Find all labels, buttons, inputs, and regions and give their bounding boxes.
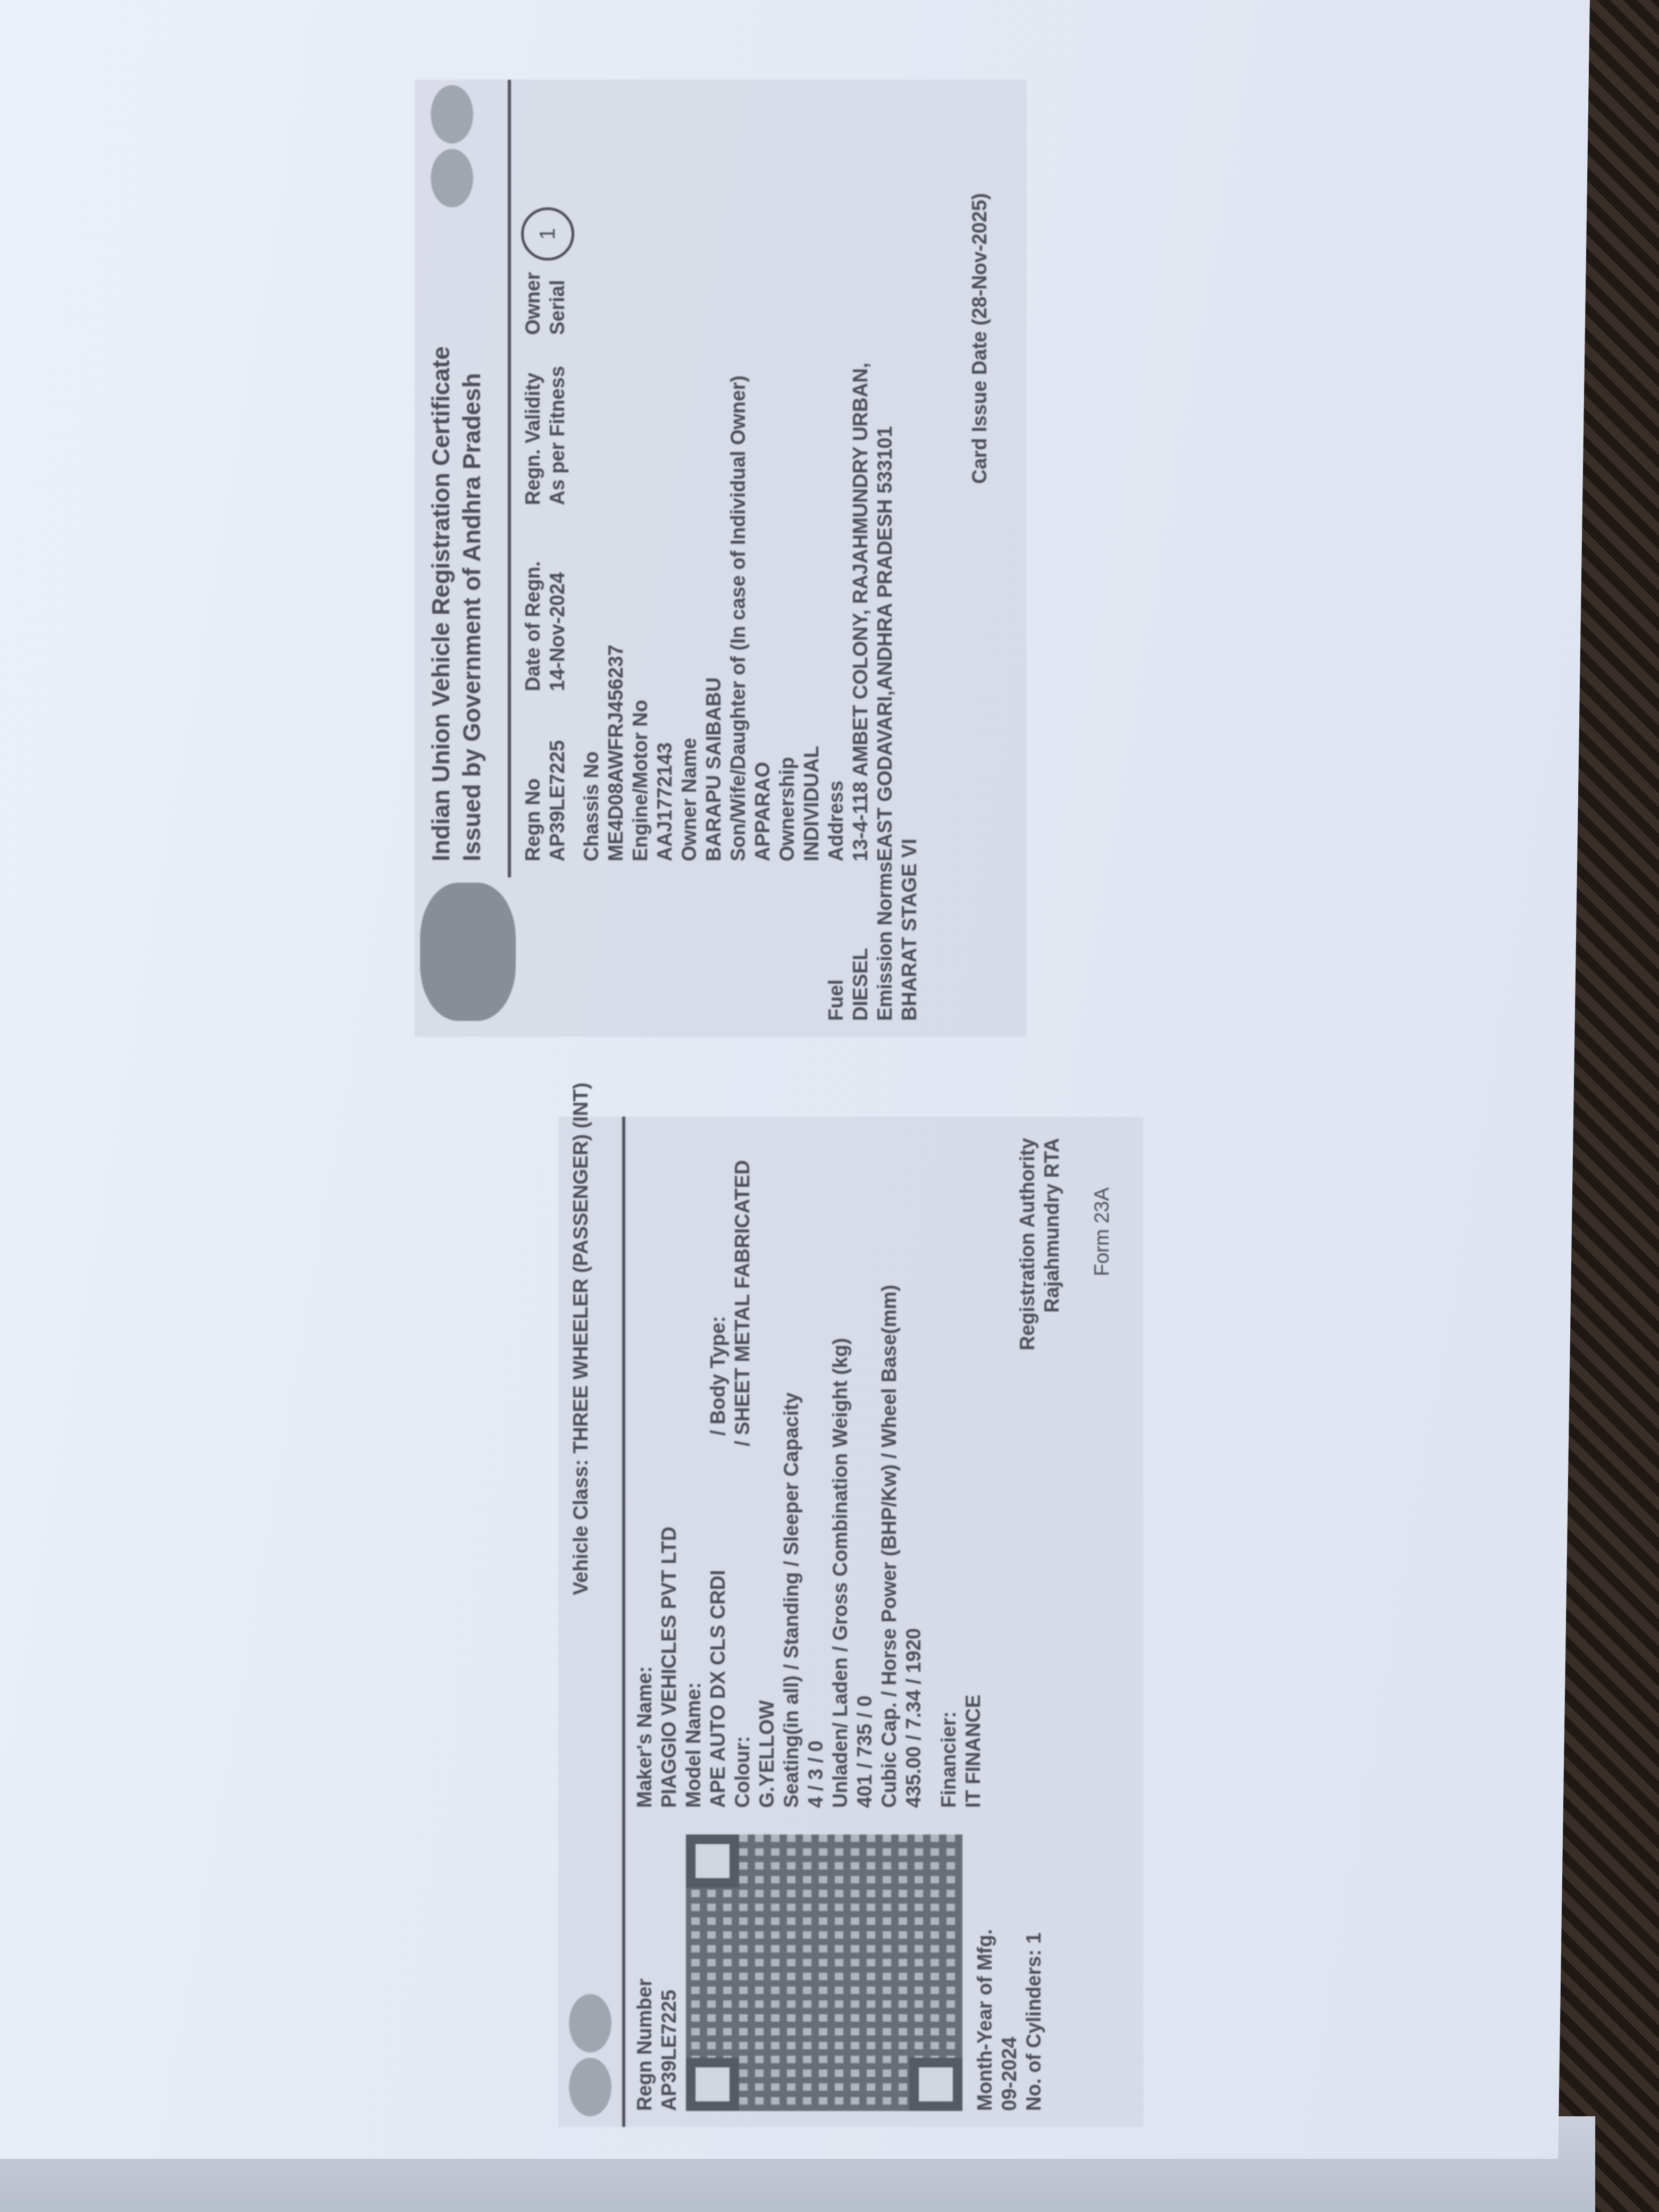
card-title: Indian Union Vehicle Registration Certif…: [425, 346, 487, 861]
body-type-label: / Body Type:: [706, 1316, 731, 1436]
chassis-no: ME4D08AWFRJ456237: [604, 644, 629, 861]
date-of-regn: 14-Nov-2024: [546, 572, 570, 691]
relation-name: APPARAO: [751, 762, 775, 861]
regn-validity-label: Regn. Validity: [521, 373, 546, 505]
colour: G.YELLOW: [755, 1700, 780, 1808]
model: APE AUTO DX CLS CRDI: [706, 1570, 731, 1808]
maker-label: Maker's Name:: [633, 1666, 657, 1808]
financier-label: Financier:: [937, 1711, 961, 1808]
colour-label: Colour:: [731, 1736, 755, 1808]
national-emblem-icon: [420, 883, 516, 1021]
model-label: Model Name:: [682, 1682, 706, 1808]
header-divider: [622, 1117, 625, 2127]
owner-name-label: Owner Name: [677, 738, 702, 861]
mfg-label: Month-Year of Mfg.: [973, 1929, 998, 2111]
address-line-2: EAST GODAVARI,ANDHRA PRADESH 533101: [873, 426, 898, 861]
qr-finder-icon: [686, 1834, 739, 1888]
qr-finder-icon: [686, 2058, 739, 2111]
address-line-1: 13-4-118 AMBET COLONY, RAJAHMUNDRY URBAN…: [849, 363, 873, 861]
capacity-label: Seating(in all) / Standing / Sleeper Cap…: [780, 1393, 804, 1808]
authority-line-1: Registration Authority: [1016, 1138, 1040, 1361]
ownership: INDIVIDUAL: [800, 746, 824, 861]
hologram-seal-icon: [431, 149, 473, 207]
weight-label: Unladen/ Laden / Gross Combination Weigh…: [828, 1338, 853, 1808]
chip-seal-icon: [431, 85, 473, 144]
owner-name: BARAPU SAIBABU: [702, 677, 726, 861]
owner-serial-label: Owner Serial: [521, 271, 570, 335]
qr-finder-icon: [909, 2058, 962, 2111]
header-divider: [508, 80, 511, 877]
weight: 401 / 735 / 0: [853, 1696, 877, 1808]
owner-serial: 1: [521, 207, 574, 261]
engine-no: AAJ1772143: [653, 742, 677, 861]
regn-no-label: Regn No: [521, 778, 546, 861]
regn-no: AP39LE7225: [546, 740, 570, 861]
qr-code: [686, 1834, 962, 2111]
relation-label: Son/Wife/Daughter of (In case of Individ…: [726, 375, 751, 861]
title-line-1: Indian Union Vehicle Registration Certif…: [425, 346, 456, 861]
cubic-label: Cubic Cap. / Horse Power (BHP/Kw) / Whee…: [877, 1285, 902, 1808]
regn-number-label: Regn Number: [633, 1979, 657, 2111]
rc-back-card: Vehicle Class: THREE WHEELER (PASSENGER)…: [558, 1117, 1143, 2127]
capacity: 4 / 3 / 0: [804, 1740, 828, 1808]
date-of-regn-label: Date of Regn.: [521, 561, 546, 691]
chip-seal-icon: [569, 1994, 611, 2052]
regn-number: AP39LE7225: [657, 1990, 682, 2111]
regn-validity: As per Fitness: [546, 366, 570, 505]
rc-front-card: Indian Union Vehicle Registration Certif…: [415, 80, 1026, 1037]
ownership-label: Ownership: [775, 757, 800, 861]
emission-label: Emission Norms: [873, 861, 898, 1021]
financier: IT FINANCE: [961, 1695, 986, 1808]
engine-no-label: Engine/Motor No: [629, 700, 653, 861]
chassis-no-label: Chassis No: [580, 751, 604, 861]
fuel-label: Fuel: [824, 979, 849, 1021]
card-issue-date: Card Issue Date (28-Nov-2025): [968, 193, 992, 484]
hologram-seal-icon: [569, 2058, 611, 2116]
maker: PIAGGIO VEHICLES PVT LTD: [657, 1527, 682, 1808]
address-label: Address: [824, 781, 849, 861]
fuel: DIESEL: [849, 948, 873, 1021]
cylinders: No. of Cylinders: 1: [1022, 1932, 1046, 2111]
body-type: / SHEET METAL FABRICATED: [731, 1160, 755, 1446]
vehicle-class: Vehicle Class: THREE WHEELER (PASSENGER)…: [569, 1083, 593, 1595]
form-number: Form 23A: [1090, 1187, 1115, 1276]
title-line-2: Issued by Government of Andhra Pradesh: [456, 346, 487, 861]
emission: BHARAT STAGE VI: [898, 839, 922, 1021]
cubic: 435.00 / 7.34 / 1920: [902, 1628, 926, 1808]
mfg: 09-2024: [998, 2037, 1022, 2111]
authority-line-2: Rajahmundry RTA: [1040, 1138, 1065, 1361]
